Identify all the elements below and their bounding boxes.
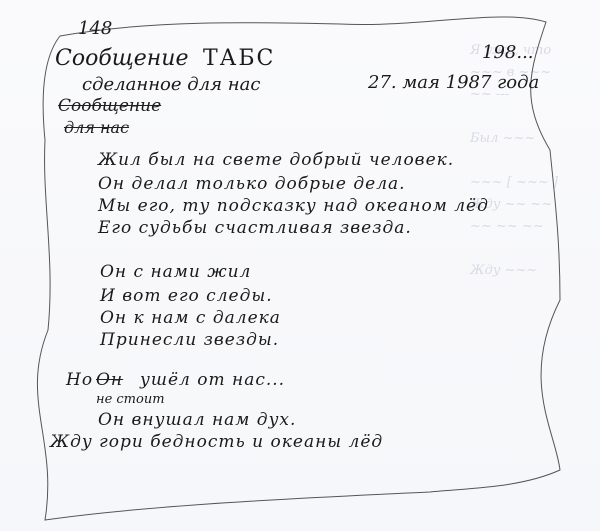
stanza-1-line-3: Мы его, ту подсказку над океаном лёд [98, 196, 489, 216]
stanza-1-line-4: Его судьбы счастливая звезда. [98, 218, 412, 238]
stanza-3-struck-word: Он [96, 370, 123, 390]
stanza-2-line-1: Он с нами жил [100, 262, 251, 282]
stanza-3-line-3: Жду гори бедность и океаны лёд [50, 432, 383, 452]
stanza-3-line-2: Он внушал нам дух. [98, 410, 296, 430]
stanza-3-prefix: Но [66, 370, 93, 390]
title-word: Сообщение [55, 46, 188, 71]
date: 27. мая 1987 года [368, 72, 539, 93]
page-number: 148 [78, 18, 112, 39]
subtitle: сделанное для нас [82, 74, 260, 95]
title-code: ТАБС [203, 46, 275, 71]
stanza-2-line-3: Он к нам с далека [100, 308, 281, 328]
stanza-2-line-2: И вот его следы. [100, 286, 273, 306]
stanza-3-line-1: ушёл от нас... [140, 370, 285, 390]
struck-line-1: Сообщение [58, 96, 161, 116]
stanza-1-line-2: Он делал только добрые дела. [98, 174, 406, 194]
stanza-3-insert: не стоит [96, 392, 165, 407]
struck-line-2: для нас [64, 118, 129, 137]
stanza-2-line-4: Принесли звезды. [100, 330, 279, 350]
stanza-1-line-1: Жил был на свете добрый человек. [98, 150, 454, 170]
year-note: 198... [482, 42, 534, 63]
